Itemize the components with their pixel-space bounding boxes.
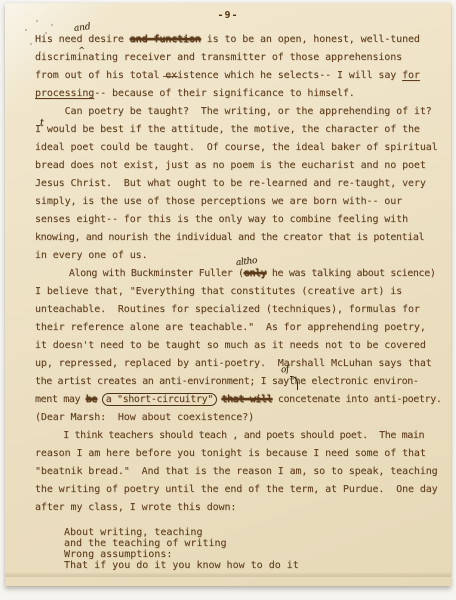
- typed-line: discriminating receiver and transmitter …: [35, 49, 445, 67]
- typed-text: the electronic environ-: [289, 376, 419, 387]
- typed-line: simply, is the use of those perceptions …: [35, 193, 445, 211]
- typed-line: processing-- because of their significan…: [35, 85, 445, 103]
- typed-text: (Dear Marsh: How about coexistence?): [35, 412, 254, 423]
- typed-text: bread does not exist, just as no poem is…: [35, 160, 426, 171]
- typed-text: Along with Buckminster Fuller (: [35, 268, 244, 279]
- verse-line: About writing, teaching: [64, 527, 299, 538]
- typed-text: senses eight-- for this is the only way …: [35, 214, 408, 225]
- typed-line: ideal poet could be taught. Of course, t…: [35, 139, 445, 157]
- typed-line: (Dear Marsh: How about coexistence?): [35, 409, 445, 427]
- typed-line: from out of his total existence which he…: [35, 67, 445, 85]
- verse-line: Wrong assumptions:: [64, 549, 299, 560]
- typed-line: ment may be a "short-circuitry" that wil…: [35, 391, 445, 409]
- typed-line: "beatnik bread." And that is the reason …: [35, 463, 445, 481]
- typed-text: that will: [222, 394, 273, 405]
- typed-text: the writing of poetry until the end of t…: [35, 484, 438, 495]
- verse-line: That if you do it you know how to do it: [64, 560, 299, 571]
- typed-text: His need: [35, 34, 82, 45]
- typed-line: Jesus Christ. But what ought to be re-le…: [35, 175, 445, 193]
- typed-text: ment may: [35, 394, 86, 405]
- typed-text: up, repressed, replaced by anti-poetry. …: [35, 358, 432, 369]
- typed-line: senses eight-- for this is the only way …: [35, 211, 445, 229]
- typed-line: Can poetry be taught? The writing, or th…: [35, 103, 445, 121]
- paper-fold-line: [5, 573, 451, 577]
- typed-line: I think teachers should teach , and poet…: [35, 427, 445, 445]
- pencil-speck: [51, 24, 53, 26]
- typed-line: after my class, I wrote this down:: [35, 499, 445, 517]
- typed-text: reason I am here before you tonight is b…: [35, 448, 426, 459]
- typed-body: His needand^ desire and function is to b…: [35, 31, 445, 517]
- typed-text: knowing, and nourish the individual and …: [35, 232, 424, 243]
- typed-text: unteachable. Routines for specialized (t…: [35, 304, 420, 315]
- typed-text: desire: [82, 34, 129, 45]
- typed-text: simply, is the use of those perceptions …: [35, 196, 402, 207]
- pencil-speck: [30, 43, 32, 45]
- pencil-speck: [25, 29, 27, 31]
- typed-line: knowing, and nourish the individual and …: [35, 229, 445, 247]
- typed-text: I believe that, "Everything that constit…: [35, 286, 402, 297]
- typed-text: after my class, I wrote this down:: [35, 502, 236, 513]
- typed-text: and function: [130, 34, 201, 45]
- typed-text: discriminating receiver and transmitter …: [35, 52, 402, 63]
- typed-line: It would be best if the attitude, the mo…: [35, 121, 445, 139]
- typed-text: for: [402, 70, 420, 81]
- typed-text: ex: [165, 70, 177, 81]
- typed-text: "beatnik bread." And that is the reason …: [35, 466, 438, 477]
- typed-line: their reference alone are teachable." As…: [35, 319, 445, 337]
- typed-text: processing: [35, 88, 94, 99]
- typed-text: -- because of their significance to hims…: [94, 88, 355, 99]
- typed-line: reason I am here before you tonight is b…: [35, 445, 445, 463]
- typed-line: it doesn't need to be taught so much as …: [35, 337, 445, 355]
- page-number: -9-: [5, 10, 451, 21]
- typed-text: Jesus Christ. But what ought to be re-le…: [35, 178, 426, 189]
- typed-line: the artist creates an anti-environment; …: [35, 373, 445, 391]
- verse-line: and the teaching of writing: [64, 538, 299, 549]
- typed-text: it doesn't need to be taught so much as …: [35, 340, 426, 351]
- typed-text: istence which he selects-- I will say: [177, 70, 402, 81]
- typed-text: I think teachers should teach , and poet…: [35, 430, 424, 441]
- scanned-document-screen: -9- His needand^ desire and function is …: [0, 0, 456, 600]
- typed-text: the artist creates an anti-environment; …: [35, 376, 289, 387]
- typed-text: ideal poet could be taught. Of course, t…: [35, 142, 438, 153]
- typed-line: up, repressed, replaced by anti-poetry. …: [35, 355, 445, 373]
- typed-text: concetenate into anti-poetry.: [272, 394, 441, 405]
- typed-text: be: [86, 394, 97, 405]
- typed-text: he was talking about science): [266, 268, 435, 279]
- typed-line: Along with Buckminster Fuller (althoonly…: [35, 265, 445, 283]
- typed-text: Can poetry be taught? The writing, or th…: [35, 106, 432, 117]
- typed-text: is to be an open, honest, well-tuned: [201, 34, 420, 45]
- typed-line: bread does not exist, just as no poem is…: [35, 157, 445, 175]
- typed-text: a "short-circuitry": [102, 393, 217, 406]
- typed-text: their reference alone are teachable." As…: [35, 322, 426, 333]
- typed-text: from out of his total: [35, 70, 165, 81]
- typed-text: only: [244, 268, 267, 279]
- verse-block: About writing, teachingand the teaching …: [64, 527, 299, 571]
- typed-line: the writing of poetry until the end of t…: [35, 481, 445, 499]
- typed-line: I believe that, "Everything that constit…: [35, 283, 445, 301]
- typed-line: unteachable. Routines for specialized (t…: [35, 301, 445, 319]
- typed-line: His needand^ desire and function is to b…: [35, 31, 445, 49]
- typed-text: would be best if the attitude, the motiv…: [41, 124, 420, 135]
- typed-text: in every one of us.: [35, 250, 148, 261]
- document-page: -9- His needand^ desire and function is …: [5, 3, 451, 586]
